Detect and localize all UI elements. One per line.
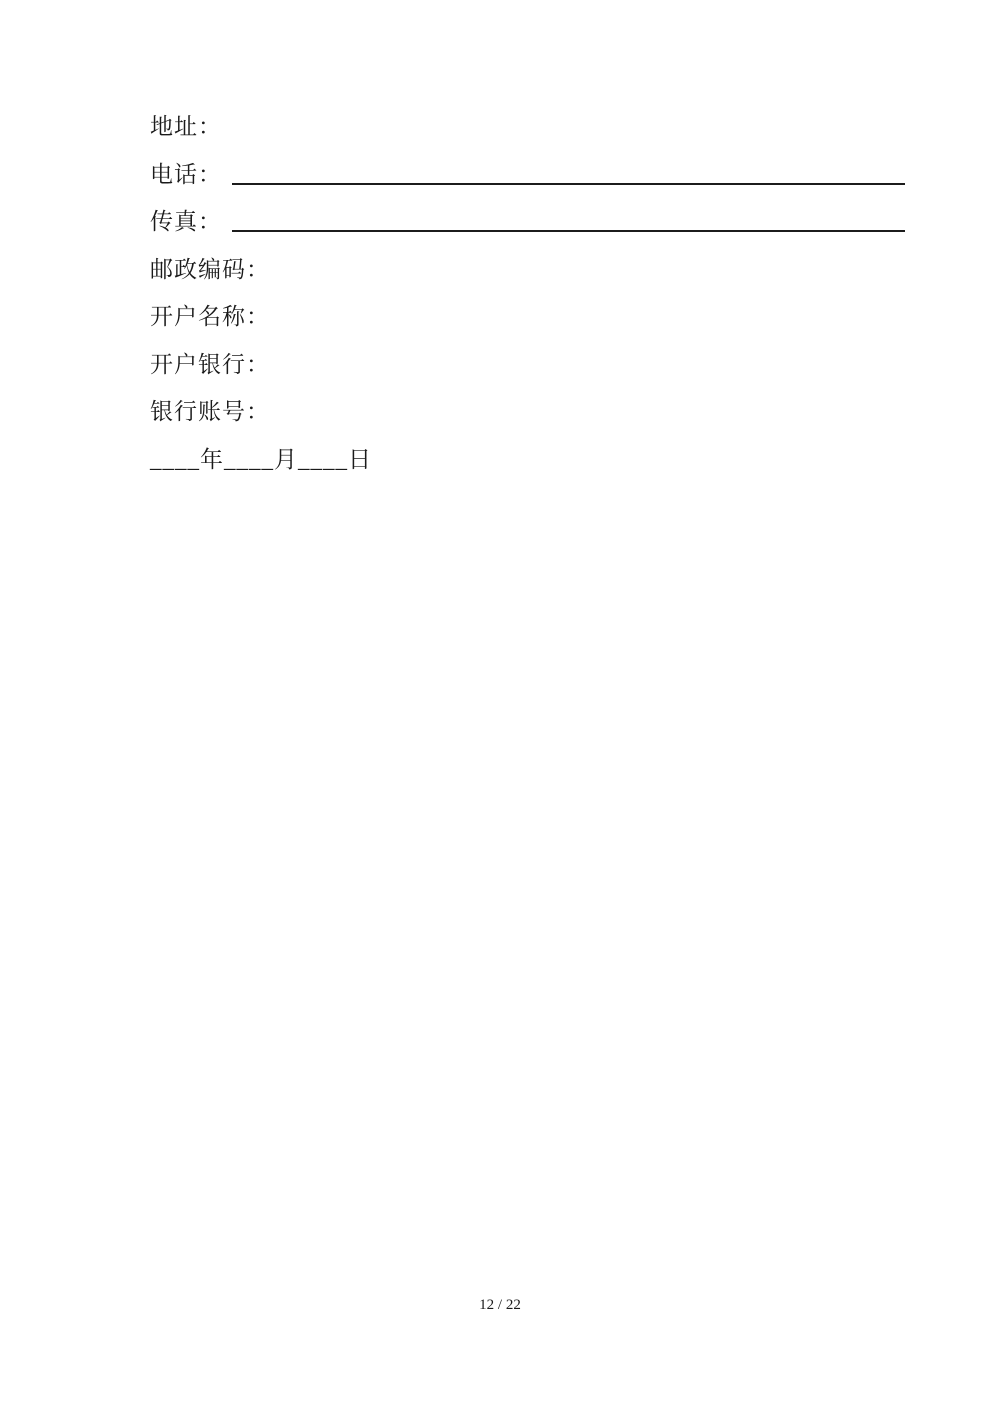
date-line-text: ____年____月____日 xyxy=(150,441,372,474)
form-line-bank-account-number: 银行账号： xyxy=(150,386,905,434)
form-line-postal-code: 邮政编码： xyxy=(150,244,905,292)
fax-blank-line[interactable] xyxy=(232,204,905,232)
form-line-fax: 传真： xyxy=(150,196,905,244)
document-page: 地址： 电话： 传真： 邮政编码： 开户名称： 开户银行： 银行账号： ____… xyxy=(0,0,1000,1414)
bank-account-number-label: 银行账号： xyxy=(150,393,270,426)
address-label: 地址： xyxy=(150,108,222,141)
page-number-indicator: 12 / 22 xyxy=(479,1297,521,1313)
form-line-bank-name: 开户银行： xyxy=(150,339,905,387)
postal-code-label: 邮政编码： xyxy=(150,251,270,284)
phone-blank-line[interactable] xyxy=(232,157,905,185)
form-line-account-name: 开户名称： xyxy=(150,291,905,339)
page-footer: 12 / 22 xyxy=(0,1297,1000,1314)
bank-name-label: 开户银行： xyxy=(150,346,270,379)
form-line-address: 地址： xyxy=(150,101,905,149)
form-line-phone: 电话： xyxy=(150,149,905,197)
account-name-label: 开户名称： xyxy=(150,298,270,331)
form-section: 地址： 电话： 传真： 邮政编码： 开户名称： 开户银行： 银行账号： ____… xyxy=(150,101,905,481)
fax-label: 传真： xyxy=(150,203,222,236)
phone-label: 电话： xyxy=(150,156,222,189)
date-line: ____年____月____日 xyxy=(150,434,905,482)
